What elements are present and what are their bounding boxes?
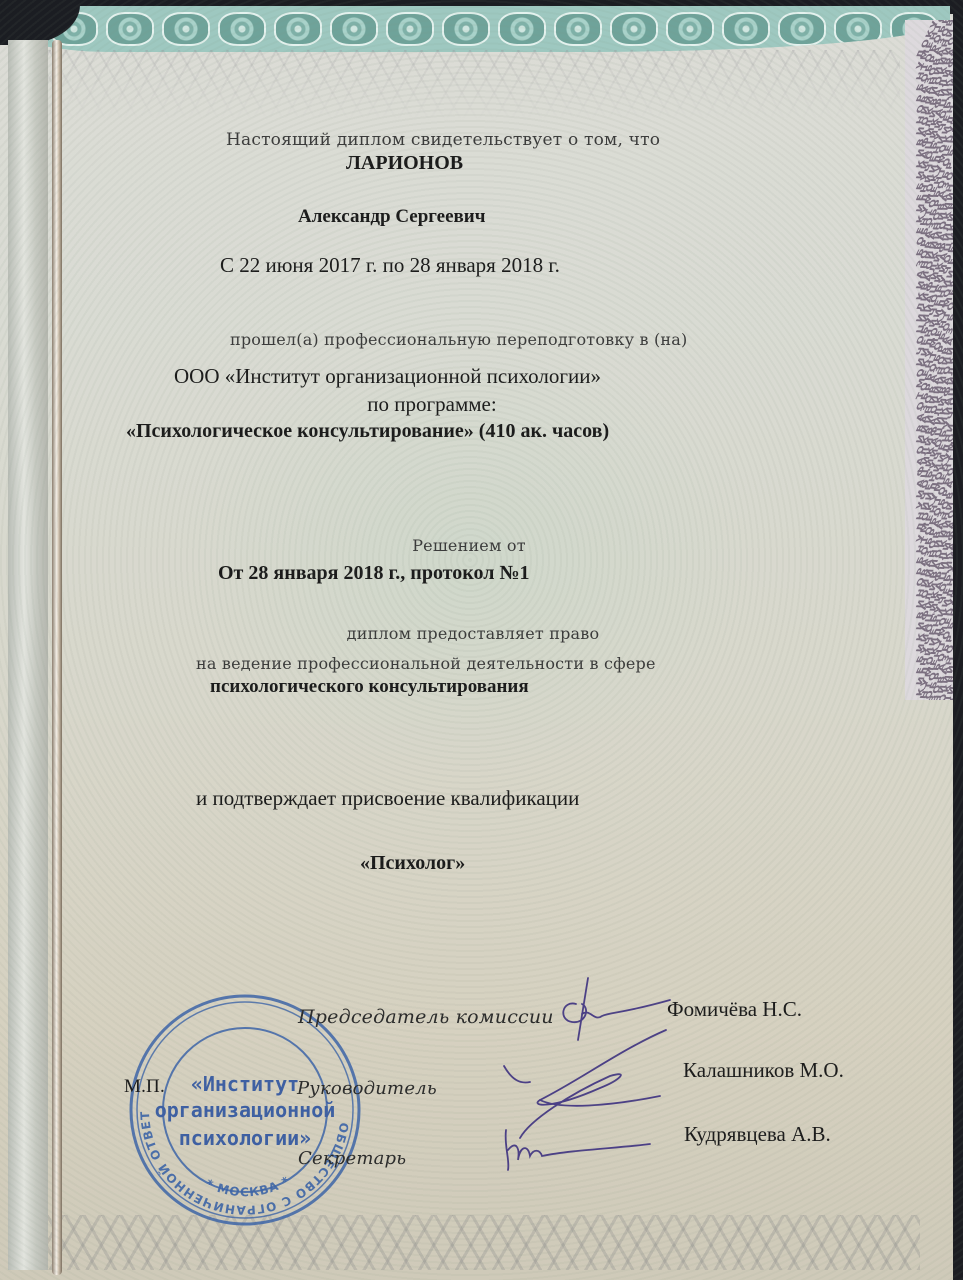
rosette-ornament (330, 12, 378, 46)
rosette-ornament (162, 12, 210, 46)
surname: ЛАРИОНОВ (346, 152, 463, 175)
program-label: по программе: (367, 392, 496, 417)
intro-text: Настоящий диплом свидетельствует о том, … (226, 130, 660, 150)
lace-ornament-top (40, 50, 900, 120)
seal-line-2: организационной (125, 1098, 365, 1122)
passed-line: прошел(а) профессиональную переподготовк… (230, 330, 687, 349)
head-name: Калашников М.О. (683, 1058, 844, 1083)
diploma-page: ДОКУМЕНТУМЕНТОБОНТОБОБРАБОБРАЗОВРАЗОВАНИ… (0, 0, 963, 1280)
rights-line-2: на ведение профессиональной деятельности… (196, 654, 656, 673)
background-edge-right (953, 0, 963, 1280)
rosette-ornament (554, 12, 602, 46)
rosette-ornament (778, 12, 826, 46)
given-names: Александр Сергеевич (298, 206, 485, 228)
spine-binding (8, 40, 48, 1270)
microtext-content: ДОКУМЕНТУМЕНТОБОНТОБОБРАБОБРАЗОВРАЗОВАНИ… (905, 20, 953, 700)
qualification: «Психолог» (360, 852, 465, 875)
head-label: Руководитель (297, 1078, 437, 1099)
rosette-ornament (386, 12, 434, 46)
decision-label: Решением от (412, 536, 526, 555)
binding-cord (52, 40, 62, 1275)
program-title: «Психологическое консультирование» (410 … (126, 420, 609, 443)
rosette-ornament (218, 12, 266, 46)
handwritten-signatures-icon (490, 970, 690, 1200)
seal-line-3: психологии» (125, 1126, 365, 1150)
rosette-ornament (722, 12, 770, 46)
rosette-ornament (106, 12, 154, 46)
security-microtext-strip: ДОКУМЕНТУМЕНТОБОНТОБОБРАБОБРАЗОВРАЗОВАНИ… (905, 20, 953, 700)
decorative-top-band (20, 6, 950, 52)
rosette-ornament (442, 12, 490, 46)
seal-place-label: М.П. (124, 1076, 165, 1098)
svg-text:* МОСКВА *: * МОСКВА * (204, 1173, 293, 1199)
rosette-ornament (498, 12, 546, 46)
rosette-ornament (274, 12, 322, 46)
rosette-ornament (666, 12, 714, 46)
professional-sphere: психологического консультирования (210, 676, 529, 698)
study-period: С 22 июня 2017 г. по 28 января 2018 г. (220, 253, 560, 278)
decision-date-protocol: От 28 января 2018 г., протокол №1 (218, 562, 530, 585)
secretary-label: Секретарь (298, 1148, 406, 1169)
rosette-ornament (834, 12, 882, 46)
rights-line-1: диплом предоставляет право (347, 624, 600, 643)
confirms-qualification: и подтверждает присвоение квалификации (196, 786, 579, 811)
rosette-ornament (610, 12, 658, 46)
secretary-name: Кудрявцева А.В. (684, 1122, 831, 1147)
institution-name: ООО «Институт организационной психологии… (174, 364, 601, 389)
